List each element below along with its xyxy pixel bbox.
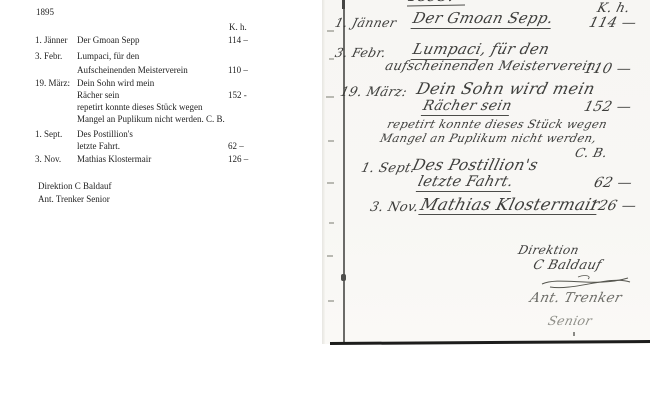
- ms-entry-note: Mangel an Puplikum nicht werden,: [379, 132, 598, 144]
- row-text: Des Postillion's: [77, 129, 133, 139]
- row-text: Mangel an Puplikum nicht werden. C. B.: [77, 114, 225, 124]
- row-text: Mathias Klostermair: [77, 154, 151, 164]
- ms-entry-title: Dein Sohn wird mein: [415, 81, 597, 98]
- margin-line-blot: [341, 274, 346, 281]
- ms-entry-date: 1. Sept.: [360, 162, 417, 176]
- row-date: 3. Nov.: [35, 154, 61, 164]
- typed-year: 1895: [36, 7, 54, 17]
- typed-column-header: K. h.: [229, 22, 247, 32]
- margin-line-top: [342, 0, 345, 9]
- row-text: Dein Sohn wird mein: [77, 78, 154, 88]
- ms-column-header: K. h.: [596, 2, 632, 16]
- ledger-row: 19. März: Dein Sohn wird mein: [0, 78, 320, 89]
- row-value: 152 -: [228, 90, 247, 100]
- ledger-row: letzte Fahrt. 62 –: [0, 141, 320, 152]
- ledger-row: repetirt konnte dieses Stück wegen: [0, 102, 320, 113]
- ms-entry-title: Mathias Klostermair: [418, 196, 601, 215]
- ledger-row: 1. Sept. Des Postillion's: [0, 129, 320, 140]
- ms-entry-note: repetirt konnte dieses Stück wegen: [386, 118, 609, 130]
- ledger-row: Rächer sein 152 -: [0, 90, 320, 101]
- scan-artifact: [328, 140, 334, 142]
- signature-direktion: Direktion: [517, 244, 580, 257]
- scan-artifact: [573, 332, 575, 336]
- row-text: Lumpaci, für den: [77, 51, 139, 61]
- row-value: 110 –: [228, 65, 248, 75]
- ms-entry-value: 152 —: [582, 100, 633, 115]
- row-text: Rächer sein: [77, 90, 119, 100]
- ms-entry-line2: Rächer sein: [421, 99, 513, 116]
- row-date: 1. Sept.: [35, 129, 62, 139]
- scan-artifact: [327, 255, 333, 257]
- typed-footer-direction: Direktion C Baldauf: [38, 181, 112, 191]
- row-value: 62 –: [228, 141, 244, 151]
- scan-artifact: [328, 300, 334, 302]
- ms-entry-date: 1. Jänner: [334, 16, 398, 29]
- scan-artifact: [326, 96, 334, 98]
- row-date: 3. Febr.: [35, 51, 62, 61]
- ms-entry-value: 126 —: [587, 199, 638, 214]
- ledger-row: 1. Jänner Der Gmoan Sepp 114 –: [0, 35, 320, 46]
- ledger-row: 3. Nov. Mathias Klostermair 126 –: [0, 154, 320, 165]
- ledger-row: Mangel an Puplikum nicht werden. C. B.: [0, 114, 320, 125]
- scan-artifact: [329, 222, 334, 224]
- ms-entry-value: 114 —: [587, 16, 638, 31]
- ms-entry-value: 110 —: [582, 62, 633, 77]
- ms-title-underlined: Lumpaci: [411, 40, 484, 60]
- row-date: 1. Jänner: [35, 35, 68, 45]
- row-value: 126 –: [228, 154, 248, 164]
- signature-baldauf: C Baldauf: [532, 259, 603, 273]
- document-page: 1895 K. h. 1. Jänner Der Gmoan Sepp 114 …: [0, 0, 650, 400]
- ms-title-rest: , für den: [479, 40, 551, 58]
- row-text: letzte Fahrt.: [77, 141, 120, 151]
- ledger-row: 3. Febr. Lumpaci, für den: [0, 51, 320, 62]
- signature-senior: Senior: [547, 314, 594, 327]
- ms-entry-date: 3. Nov.: [369, 201, 421, 215]
- ms-entry-note-initials: C. B.: [574, 146, 609, 159]
- row-text: Aufscheinenden Meisterverein: [77, 65, 188, 75]
- ms-entry-date: 3. Febr.: [334, 46, 388, 59]
- signature-trenker: Ant. Trenker: [528, 291, 623, 305]
- ledger-row: Aufscheinenden Meisterverein 110 –: [0, 65, 320, 76]
- ms-entry-value: 62 —: [592, 176, 633, 191]
- ms-entry-date: 19. März:: [339, 86, 409, 100]
- row-date: 19. März:: [35, 78, 70, 88]
- ms-entry-title: Der Gmoan Sepp.: [411, 11, 555, 29]
- scan-artifact: [327, 30, 334, 32]
- scan-artifact: [327, 182, 334, 184]
- ms-entry-line2: letzte Fahrt.: [416, 175, 515, 192]
- row-text: repetirt konnte dieses Stück wegen: [77, 102, 202, 112]
- row-value: 114 –: [228, 35, 248, 45]
- ms-entry-line2: aufscheinenden Meisterverein,: [384, 60, 602, 74]
- ms-entry-title: Des Postillion's: [411, 157, 540, 173]
- typed-footer-senior: Ant. Trenker Senior: [38, 194, 110, 204]
- signature-flourish: [540, 273, 632, 291]
- ms-entry-title: Lumpaci, für den: [411, 42, 551, 58]
- scan-page-edge: [322, 0, 325, 344]
- row-text: Der Gmoan Sepp: [77, 35, 140, 45]
